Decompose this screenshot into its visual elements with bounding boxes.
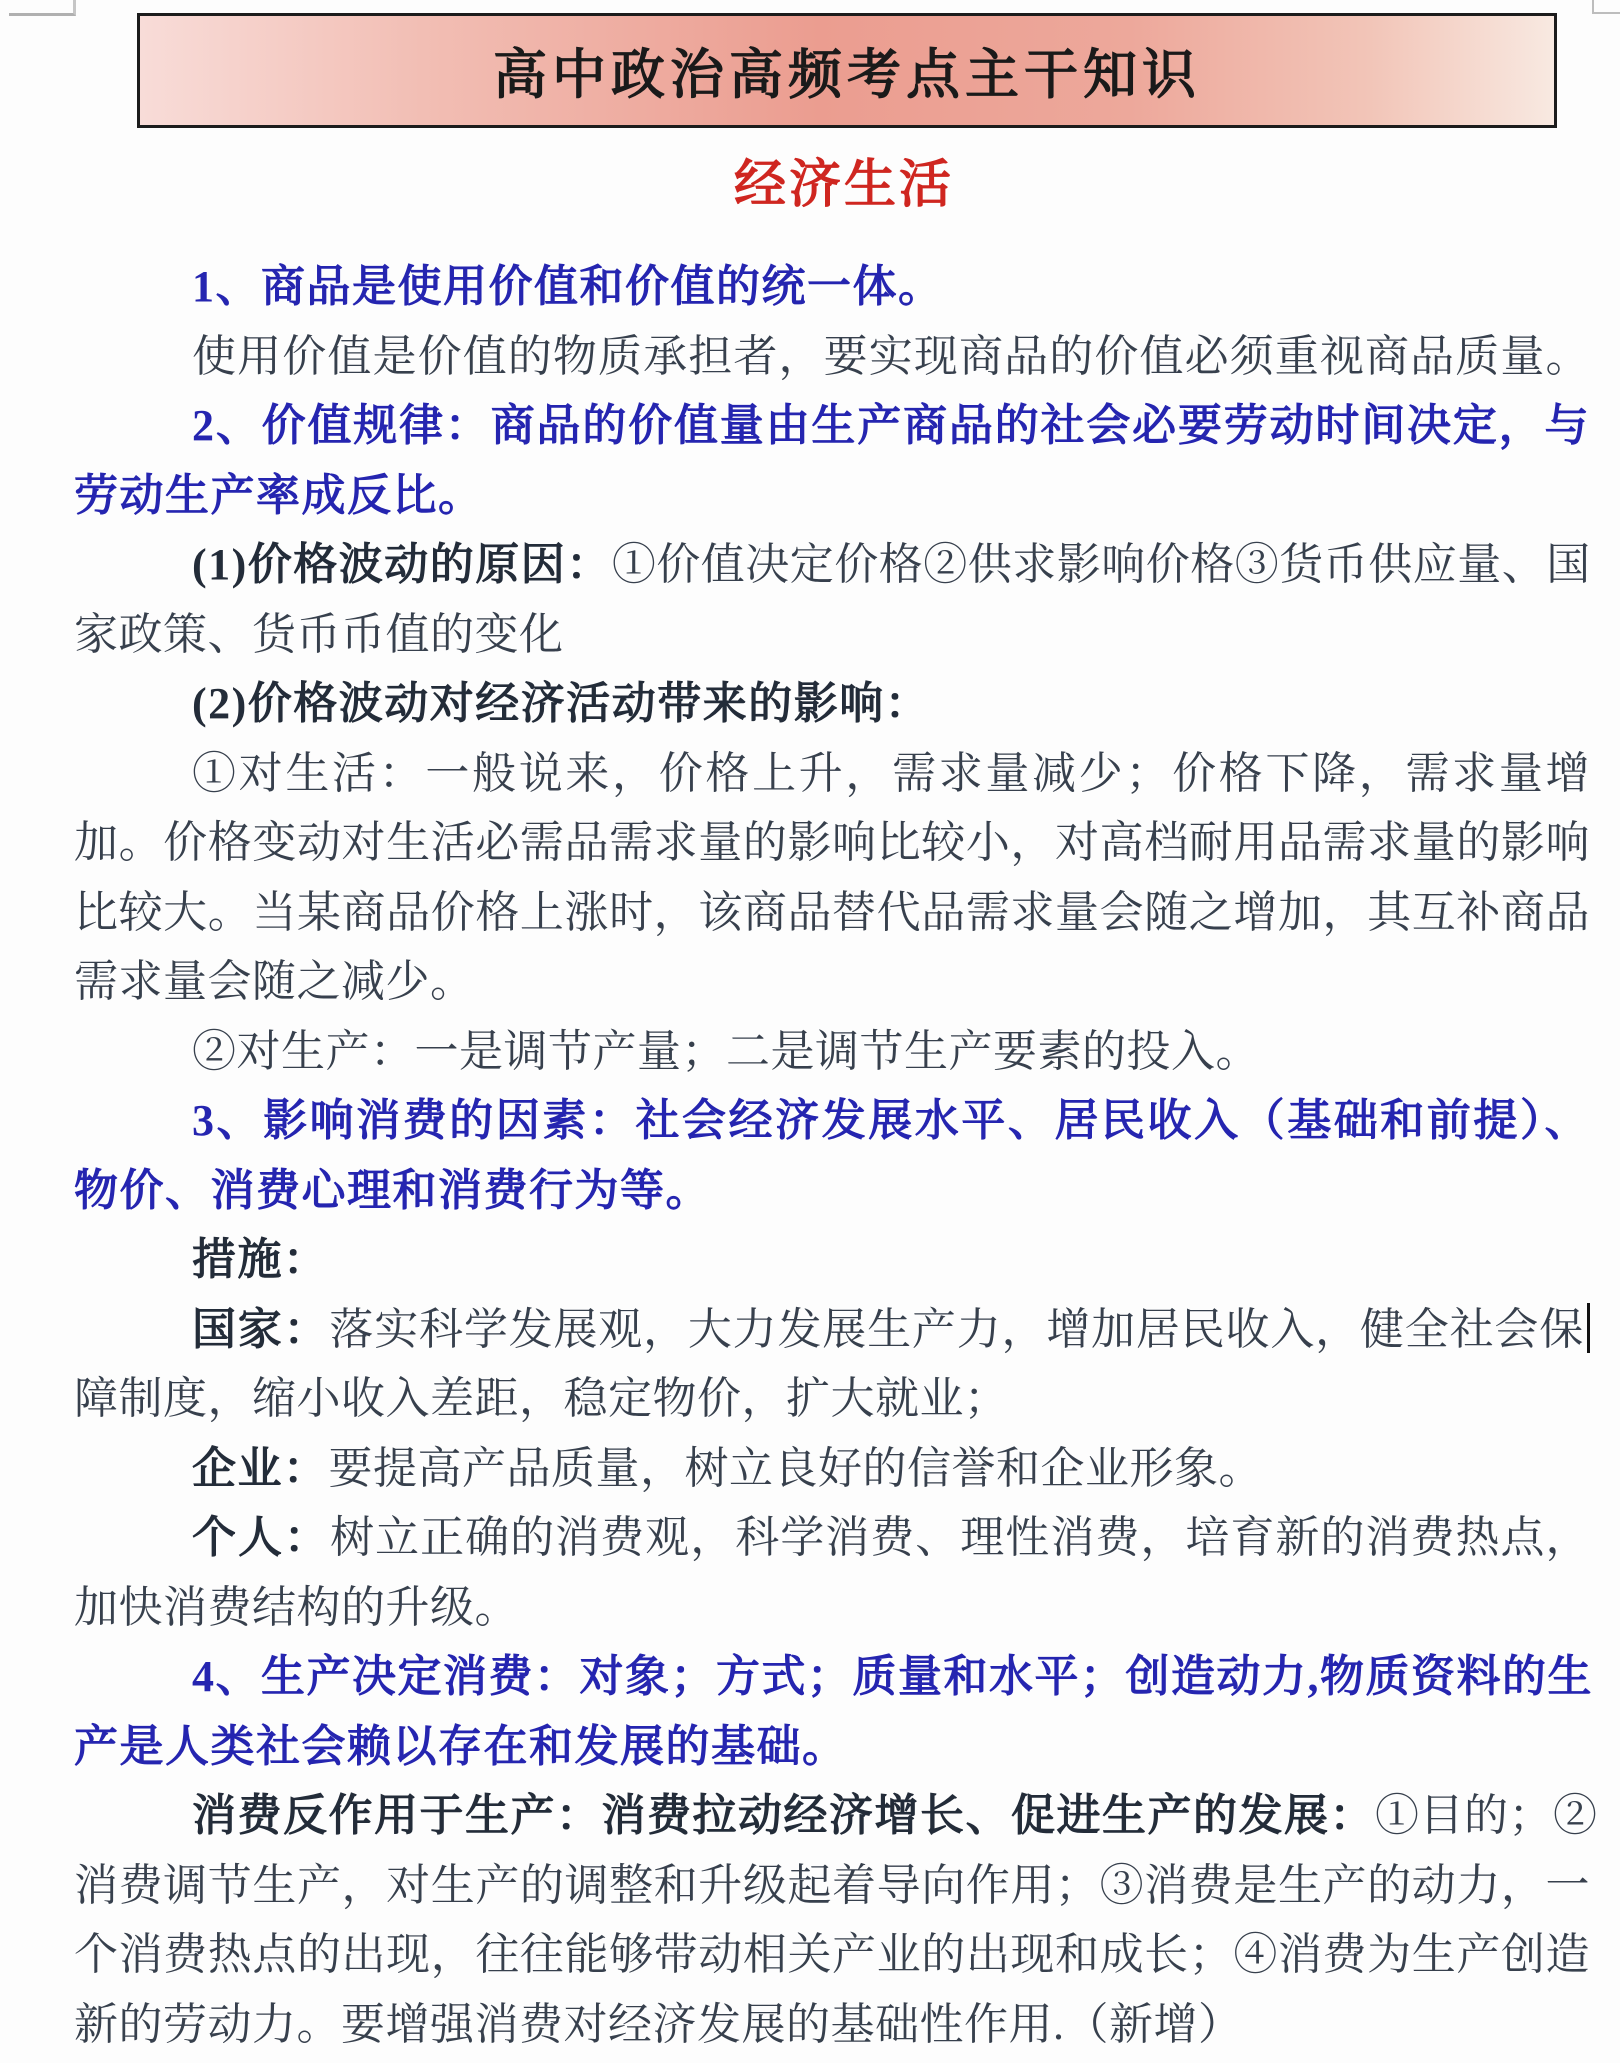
text-line: 1、商品是使用价值和价值的统一体。: [74, 252, 1590, 322]
text-line: (1)价格波动的原因：①价值决定价格②供求影响价格③货币供应量、国: [74, 530, 1590, 600]
text-line: 障制度，缩小收入差距，稳定物价，扩大就业；: [74, 1364, 1590, 1434]
text-segment: 劳动生产率成反比。: [74, 471, 484, 520]
page-corner-mark-top-left: [9, 0, 76, 16]
text-segment: 加快消费结构的升级。: [74, 1583, 519, 1632]
text-line: 消费调节生产，对生产的调整和升级起着导向作用；③消费是生产的动力，一: [74, 1851, 1590, 1921]
title-banner: 高中政治高频考点主干知识: [137, 13, 1557, 128]
text-segment: ②对生产：一是调节产量；二是调节生产要素的投入。: [192, 1027, 1260, 1076]
text-line: 需求量会随之减少。: [74, 947, 1590, 1017]
text-segment: 消费调节生产，对生产的调整和升级起着导向作用；③消费是生产的动力，一: [74, 1861, 1590, 1910]
text-segment: 1、商品是使用价值和价值的统一体。: [192, 262, 944, 311]
text-line: 使用价值是价值的物质承担者，要实现商品的价值必须重视商品质量。: [74, 322, 1590, 392]
text-line: 加。价格变动对生活必需品需求量的影响比较小，对高档耐用品需求量的影响: [74, 808, 1590, 878]
text-line: 劳动生产率成反比。: [74, 461, 1590, 531]
text-line: 比较大。当某商品价格上涨时，该商品替代品需求量会随之增加，其互补商品: [74, 878, 1590, 948]
text-line: 措施：: [74, 1225, 1590, 1295]
text-line: 3、影响消费的因素：社会经济发展水平、居民收入（基础和前提）、: [74, 1086, 1590, 1156]
text-segment: 个消费热点的出现，往往能够带动相关产业的出现和成长；④消费为生产创造: [74, 1930, 1590, 1979]
text-segment: ①价值决定价格②供求影响价格③货币供应量、国: [612, 540, 1591, 589]
text-segment: (2)价格波动对经济活动带来的影响：: [192, 679, 930, 728]
text-line: 国家：落实科学发展观，大力发展生产力，增加居民收入，健全社会保: [74, 1295, 1590, 1365]
text-segment: ①对生活：一般说来，价格上升，需求量减少；价格下降，需求量增: [192, 749, 1590, 798]
text-segment: 新的劳动力。要增强消费对经济发展的基础性作用.（新增）: [74, 2000, 1243, 2049]
text-segment: 落实科学发展观，大力发展生产力，增加居民收入，健全社会保: [329, 1305, 1584, 1354]
text-segment: 障制度，缩小收入差距，稳定物价，扩大就业；: [74, 1374, 1009, 1423]
text-segment: 2、价值规律：商品的价值量由生产商品的社会必要劳动时间决定，与: [192, 401, 1590, 450]
text-line: 家政策、货币币值的变化: [74, 600, 1590, 670]
document-page: 高中政治高频考点主干知识 经济生活 1、商品是使用价值和价值的统一体。使用价值是…: [0, 0, 1620, 2063]
text-segment: 消费反作用于生产：消费拉动经济增长、促进生产的发展：: [192, 1791, 1375, 1840]
text-line: (2)价格波动对经济活动带来的影响：: [74, 669, 1590, 739]
text-line: ②对生产：一是调节产量；二是调节生产要素的投入。: [74, 1017, 1590, 1087]
text-line: 个人：树立正确的消费观，科学消费、理性消费，培育新的消费热点，: [74, 1503, 1590, 1573]
text-line: 加快消费结构的升级。: [74, 1573, 1590, 1643]
page-title: 高中政治高频考点主干知识: [493, 32, 1201, 109]
document-body: 1、商品是使用价值和价值的统一体。使用价值是价值的物质承担者，要实现商品的价值必…: [74, 252, 1590, 2059]
text-segment: 物价、消费心理和消费行为等。: [74, 1166, 711, 1215]
text-line: 物价、消费心理和消费行为等。: [74, 1156, 1590, 1226]
text-line: ①对生活：一般说来，价格上升，需求量减少；价格下降，需求量增: [74, 739, 1590, 809]
text-segment: 树立正确的消费观，科学消费、理性消费，培育新的消费热点，: [330, 1513, 1590, 1562]
text-line: 消费反作用于生产：消费拉动经济增长、促进生产的发展：①目的；②: [74, 1781, 1590, 1851]
text-segment: 加。价格变动对生活必需品需求量的影响比较小，对高档耐用品需求量的影响: [74, 818, 1590, 867]
text-segment: 个人：: [192, 1513, 330, 1562]
text-line: 新的劳动力。要增强消费对经济发展的基础性作用.（新增）: [74, 1990, 1590, 2060]
text-line: 个消费热点的出现，往往能够带动相关产业的出现和成长；④消费为生产创造: [74, 1920, 1590, 1990]
text-segment: 国家：: [192, 1305, 329, 1354]
text-segment: 企业：: [192, 1444, 329, 1493]
text-line: 企业：要提高产品质量，树立良好的信誉和企业形象。: [74, 1434, 1590, 1504]
text-segment: 措施：: [192, 1235, 329, 1284]
text-segment: ①目的；②: [1375, 1791, 1598, 1840]
text-segment: 产是人类社会赖以存在和发展的基础。: [74, 1722, 848, 1771]
text-line: 2、价值规律：商品的价值量由生产商品的社会必要劳动时间决定，与: [74, 391, 1590, 461]
subtitle-row: 经济生活: [137, 152, 1551, 218]
text-segment: 使用价值是价值的物质承担者，要实现商品的价值必须重视商品质量。: [192, 332, 1590, 381]
page-corner-mark-top-right: [1592, 0, 1620, 14]
text-segment: 4、生产决定消费：对象；方式；质量和水平；创造动力,物质资料的生: [192, 1652, 1593, 1701]
section-subtitle: 经济生活: [734, 155, 954, 215]
text-line: 产是人类社会赖以存在和发展的基础。: [74, 1712, 1590, 1782]
text-segment: 3、影响消费的因素：社会经济发展水平、居民收入（基础和前提）、: [192, 1096, 1590, 1145]
text-segment: 家政策、货币币值的变化: [74, 610, 564, 659]
text-segment: 比较大。当某商品价格上涨时，该商品替代品需求量会随之增加，其互补商品: [74, 888, 1590, 937]
text-line: 4、生产决定消费：对象；方式；质量和水平；创造动力,物质资料的生: [74, 1642, 1590, 1712]
text-segment: 需求量会随之减少。: [74, 957, 475, 1006]
text-cursor: [1587, 1303, 1590, 1353]
text-segment: 要提高产品质量，树立良好的信誉和企业形象。: [329, 1444, 1264, 1493]
text-segment: (1)价格波动的原因：: [192, 540, 612, 589]
